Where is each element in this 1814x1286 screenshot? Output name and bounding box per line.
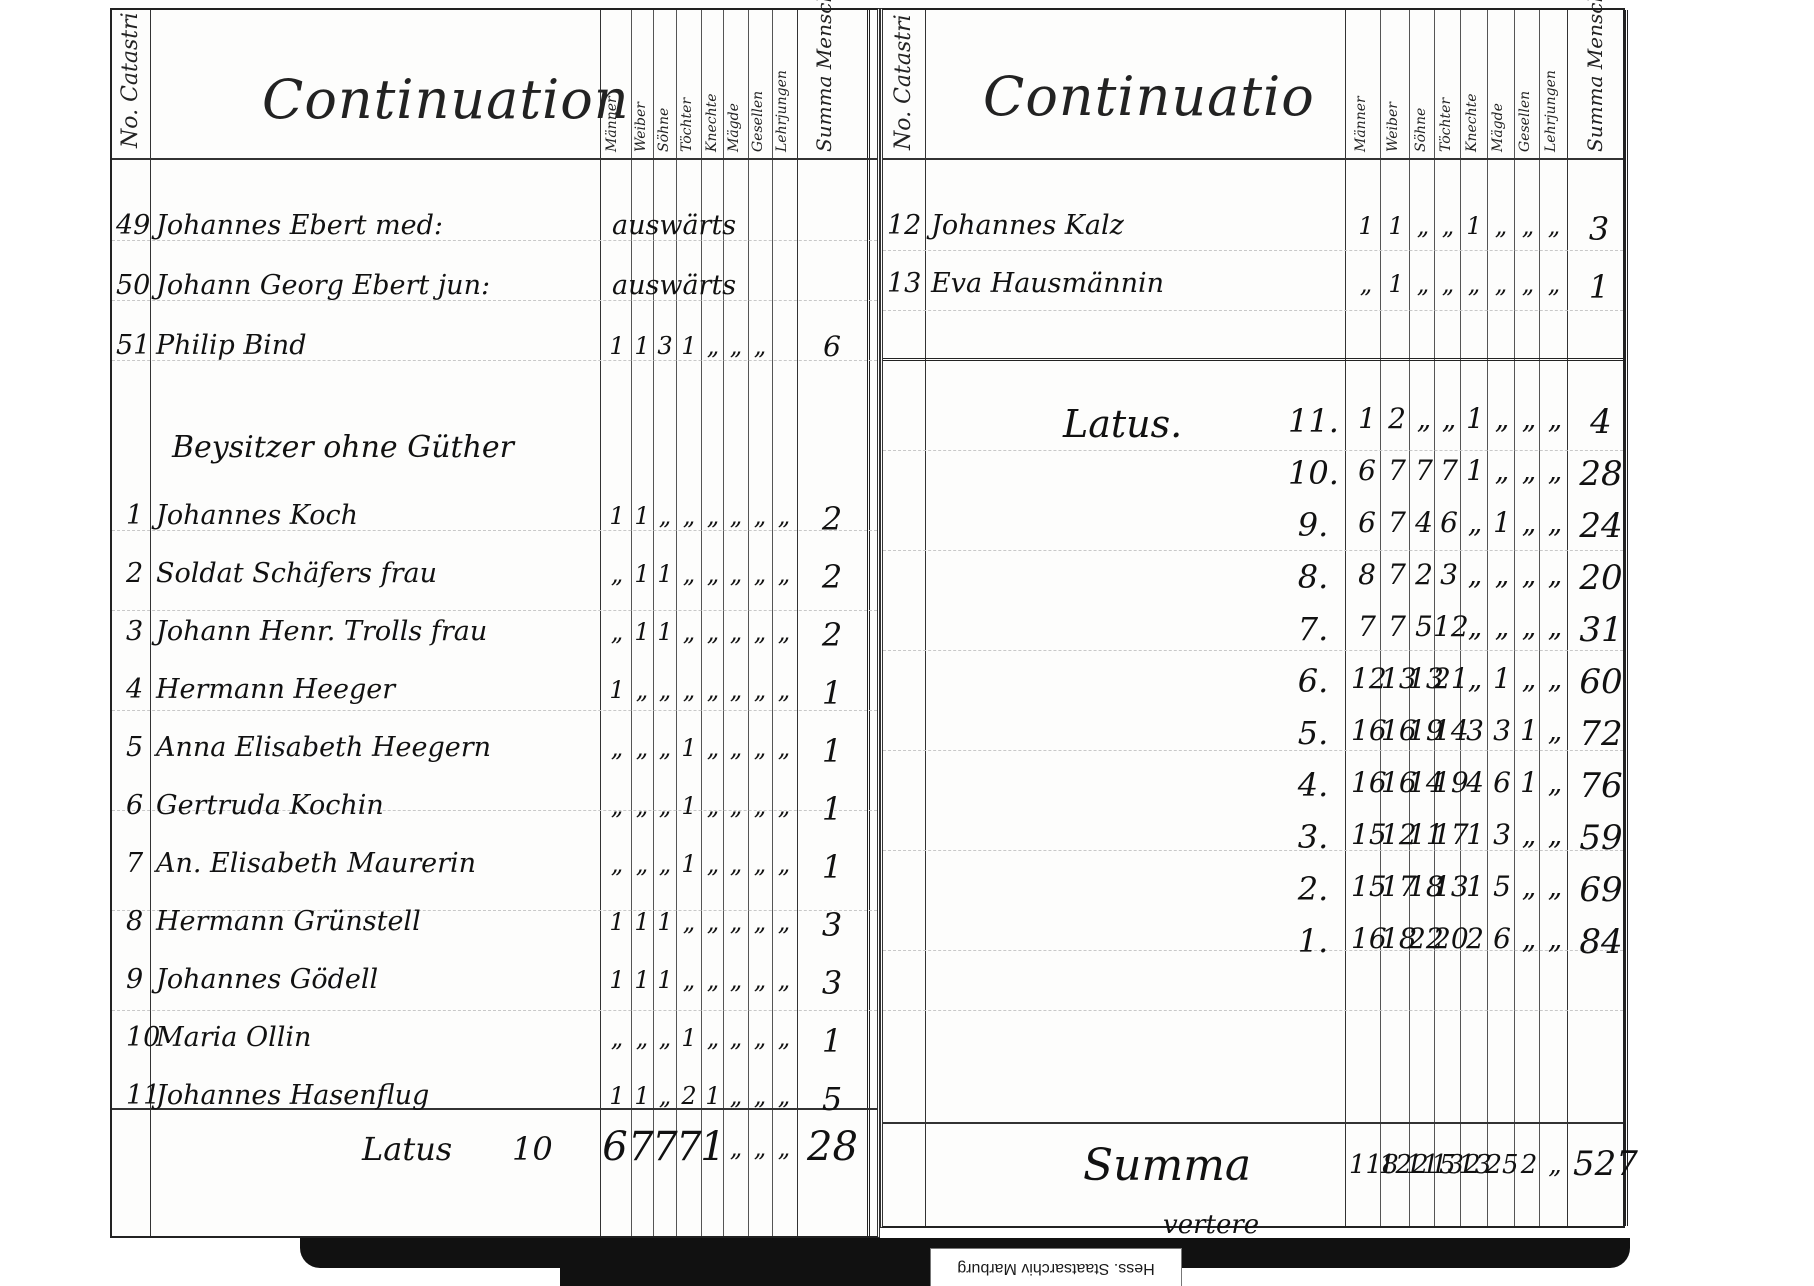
- value-cell: „: [723, 1024, 749, 1052]
- value-cell: „: [771, 850, 797, 878]
- row-total: 3: [1577, 210, 1621, 248]
- value-cell: „: [652, 676, 678, 704]
- latus-total: 72: [1577, 714, 1625, 754]
- latus-total: 20: [1577, 558, 1625, 598]
- latus-page-number: 4.: [1288, 766, 1338, 804]
- latus-total: 31: [1577, 610, 1625, 650]
- value-cell: „: [723, 792, 749, 820]
- value-cell: „: [676, 908, 702, 936]
- row-total: 1: [812, 1022, 852, 1060]
- summa-total: 527: [1573, 1144, 1627, 1184]
- value-cell: „: [723, 502, 749, 530]
- value-cell: 1: [676, 850, 702, 878]
- row-name: Johannes Koch: [156, 500, 358, 531]
- value-cell: „: [652, 792, 678, 820]
- column-header: Söhne: [1413, 108, 1429, 152]
- row-total: 1: [1577, 268, 1621, 306]
- value-cell: „: [1539, 558, 1571, 591]
- value-cell: 1: [1383, 212, 1409, 240]
- column-divider: [600, 10, 601, 1236]
- row-number: 12: [887, 210, 921, 241]
- header-rule: [112, 158, 877, 160]
- column-header: Männer: [1353, 96, 1369, 152]
- value-cell: „: [1410, 270, 1436, 298]
- value-cell: „: [771, 966, 797, 994]
- row-total: 5: [812, 1080, 852, 1118]
- row-total: 1: [812, 732, 852, 770]
- row-name: Anna Elisabeth Heegern: [156, 732, 491, 763]
- row-name: Maria Ollin: [156, 1022, 311, 1053]
- value-cell: 1: [676, 792, 702, 820]
- row-name: Johannes Hasenflug: [156, 1080, 429, 1111]
- row-total: 3: [812, 964, 852, 1002]
- row-name: Johannes Kalz: [931, 210, 1124, 241]
- row-number: 49: [116, 210, 150, 241]
- value-cell: „: [723, 560, 749, 588]
- value-cell: „: [652, 734, 678, 762]
- value-cell: „: [1539, 506, 1571, 539]
- row-total: 2: [812, 500, 852, 538]
- row-name: An. Elisabeth Maurerin: [156, 848, 476, 879]
- latus-page-number: 9.: [1288, 506, 1338, 544]
- column-header: Gesellen: [750, 91, 766, 152]
- row-name: Hermann Grünstell: [156, 906, 421, 937]
- latus-page-number: 2.: [1288, 870, 1338, 908]
- value-cell: „: [1539, 714, 1571, 747]
- latus-total: 84: [1577, 922, 1625, 962]
- value-cell: „: [747, 850, 773, 878]
- row-name: Johannes Ebert med:: [156, 210, 443, 241]
- row-note: auswärts: [612, 210, 736, 241]
- column-header: Gesellen: [1517, 91, 1533, 152]
- value-cell: „: [1353, 270, 1379, 298]
- value-cell: 7: [1351, 610, 1383, 643]
- row-number: 1: [126, 500, 143, 531]
- page-title: Continuation: [262, 68, 630, 131]
- value-cell: „: [604, 560, 630, 588]
- latus-total: 24: [1577, 506, 1625, 546]
- left-ledger-page: No. Catastri Continuation Männer Weiber …: [110, 8, 880, 1238]
- value-cell: 6: [1351, 454, 1383, 487]
- row-note: auswärts: [612, 270, 736, 301]
- value-cell: „: [747, 618, 773, 646]
- value-cell: „: [771, 502, 797, 530]
- value-cell: 8: [1351, 558, 1383, 591]
- row-total: 1: [812, 790, 852, 828]
- value-cell: 1: [1383, 270, 1409, 298]
- latus-label: Latus.: [1063, 402, 1182, 446]
- value-cell: „: [1515, 270, 1541, 298]
- value-cell: „: [676, 618, 702, 646]
- column-header: Männer: [604, 96, 620, 152]
- value-cell: „: [771, 734, 797, 762]
- value-cell: „: [1539, 870, 1571, 903]
- summa-label: Summa: [1083, 1140, 1251, 1191]
- catastri-number-header: No. Catastri: [118, 12, 143, 148]
- value-cell: „: [652, 850, 678, 878]
- value-cell: „: [1435, 270, 1461, 298]
- row-name: Philip Bind: [156, 330, 306, 361]
- column-header: Söhne: [656, 108, 672, 152]
- value-cell: 12: [1351, 662, 1383, 695]
- row-name: Gertruda Kochin: [156, 790, 384, 821]
- column-header: Weiber: [1385, 102, 1401, 152]
- section-heading: Beysitzer ohne Güther: [172, 430, 514, 465]
- latus-page: 10: [512, 1130, 553, 1168]
- row-total: 6: [812, 330, 852, 363]
- value-cell: „: [747, 792, 773, 820]
- value-cell: 1: [604, 676, 630, 704]
- value-cell: 16: [1351, 922, 1383, 955]
- row-name: Johannes Gödell: [156, 964, 378, 995]
- column-header: Lehrjungen: [774, 70, 790, 152]
- value-cell: „: [1435, 212, 1461, 240]
- latus-total: 28: [1577, 454, 1625, 494]
- column-header: Summa Menschen: [1583, 0, 1607, 152]
- row-number: 2: [126, 558, 143, 589]
- row-number: 13: [887, 268, 921, 299]
- value-cell: „: [1539, 454, 1571, 487]
- row-name: Johann Georg Ebert jun:: [156, 270, 490, 301]
- value-cell: „: [1539, 766, 1571, 799]
- latus-page-number: 7.: [1288, 610, 1338, 648]
- column-header: Mägde: [1490, 103, 1506, 152]
- value-cell: „: [723, 966, 749, 994]
- value-cell: „: [747, 734, 773, 762]
- value-cell: „: [1541, 270, 1567, 298]
- value-cell: „: [676, 966, 702, 994]
- scan-shadow: [560, 1250, 930, 1286]
- value-cell: „: [604, 618, 630, 646]
- row-number: 3: [126, 616, 143, 647]
- catastri-number-header: No. Catastri: [891, 14, 916, 150]
- value-cell: „: [1541, 212, 1567, 240]
- value-cell: 1: [604, 908, 630, 936]
- latus-page-number: 1.: [1288, 922, 1338, 960]
- value-cell: 16: [1351, 766, 1383, 799]
- row-name: Eva Hausmännin: [931, 268, 1164, 299]
- value-cell: 1: [604, 966, 630, 994]
- row-name: Soldat Schäfers frau: [156, 558, 437, 589]
- row-number: 7: [126, 848, 143, 879]
- value-cell: „: [771, 1082, 797, 1110]
- value-cell: „: [1539, 402, 1571, 435]
- row-total: 2: [812, 558, 852, 596]
- value-cell: „: [771, 560, 797, 588]
- latus-page-number: 3.: [1288, 818, 1338, 856]
- value-cell: „: [604, 734, 630, 762]
- value-cell: 1: [1351, 402, 1383, 435]
- latus-label: Latus: [362, 1130, 452, 1168]
- column-header: Knechte: [1464, 93, 1480, 152]
- latus-total: 69: [1577, 870, 1625, 910]
- row-number: 51: [116, 330, 150, 361]
- value-cell: 1: [1353, 212, 1379, 240]
- value-cell: „: [771, 1024, 797, 1052]
- value-cell: „: [676, 560, 702, 588]
- latus-total: 76: [1577, 766, 1625, 806]
- latus-total: 59: [1577, 818, 1625, 858]
- latus-page-number: 11.: [1288, 402, 1338, 440]
- value-cell: 1: [604, 502, 630, 530]
- value-cell: „: [747, 502, 773, 530]
- row-total: 3: [812, 906, 852, 944]
- latus-page-number: 6.: [1288, 662, 1338, 700]
- value-cell: „: [771, 618, 797, 646]
- row-total: 1: [812, 848, 852, 886]
- column-header: Töchter: [679, 98, 695, 152]
- value-cell: „: [723, 850, 749, 878]
- value-cell: „: [771, 792, 797, 820]
- value-cell: 16: [1351, 714, 1383, 747]
- row-total: 2: [812, 616, 852, 654]
- value-cell: 1: [652, 560, 678, 588]
- value-cell: 15: [1351, 818, 1383, 851]
- row-number: 9: [126, 964, 143, 995]
- value-cell: „: [652, 1024, 678, 1052]
- value-cell: „: [747, 1082, 773, 1110]
- value-cell: 1: [652, 908, 678, 936]
- latus-page-number: 8.: [1288, 558, 1338, 596]
- value-cell: 2: [676, 1082, 702, 1110]
- latus-page-number: 10.: [1288, 454, 1338, 492]
- value-cell: 1: [1461, 212, 1487, 240]
- value-cell: „: [652, 1082, 678, 1110]
- value-cell: „: [771, 908, 797, 936]
- value-cell: „: [747, 908, 773, 936]
- latus-total: 4: [1577, 402, 1625, 442]
- value-cell: „: [652, 502, 678, 530]
- value-cell: „: [1488, 212, 1514, 240]
- row-number: 8: [126, 906, 143, 937]
- value-cell: „: [1539, 818, 1571, 851]
- row-number: 6: [126, 790, 143, 821]
- row-number: 4: [126, 674, 143, 705]
- value-cell: 1: [652, 966, 678, 994]
- column-header: Lehrjungen: [1543, 70, 1559, 152]
- value-cell: „: [723, 618, 749, 646]
- value-cell: „: [747, 966, 773, 994]
- value-cell: „: [1539, 662, 1571, 695]
- value-cell: 15: [1351, 870, 1383, 903]
- archive-stamp: Hess. Staatsarchiv Marburg: [930, 1248, 1182, 1286]
- value-cell: 1: [676, 1024, 702, 1052]
- latus-total: 28: [807, 1124, 857, 1170]
- column-header: Summa Menschen: [812, 0, 836, 152]
- value-cell: „: [604, 792, 630, 820]
- column-header: Knechte: [704, 93, 720, 152]
- row-number: 50: [116, 270, 150, 301]
- row-name: Hermann Heeger: [156, 674, 395, 705]
- value-cell: „: [1461, 270, 1487, 298]
- row-name: Johann Henr. Trolls frau: [156, 616, 487, 647]
- value-cell: „: [676, 676, 702, 704]
- value-cell: „: [1488, 270, 1514, 298]
- row-number: 5: [126, 732, 143, 763]
- right-ledger-page: No. Catastri Continuatio Männer Weiber S…: [880, 8, 1625, 1228]
- value-cell: „: [771, 676, 797, 704]
- summa-cell: „: [1537, 1150, 1573, 1180]
- value-cell: „: [723, 676, 749, 704]
- column-header: Mägde: [726, 103, 742, 152]
- value-cell: „: [747, 1024, 773, 1052]
- value-cell: „: [747, 676, 773, 704]
- value-cell: „: [723, 1082, 749, 1110]
- value-cell: 1: [676, 734, 702, 762]
- value-cell: „: [723, 734, 749, 762]
- value-cell: „: [1515, 212, 1541, 240]
- latus-page-number: 5.: [1288, 714, 1338, 752]
- column-header: Weiber: [633, 102, 649, 152]
- vertere-note: vertere: [1163, 1210, 1259, 1240]
- value-cell: „: [723, 908, 749, 936]
- value-cell: „: [676, 502, 702, 530]
- value-cell: 1: [652, 618, 678, 646]
- value-cell: „: [604, 1024, 630, 1052]
- value-cell: „: [1410, 212, 1436, 240]
- latus-total: 60: [1577, 662, 1625, 702]
- value-cell: „: [747, 560, 773, 588]
- value-cell: „: [1539, 610, 1571, 643]
- page-title: Continuatio: [983, 65, 1315, 128]
- column-header: Töchter: [1438, 98, 1454, 152]
- value-cell: „: [604, 850, 630, 878]
- value-cell: 6: [1351, 506, 1383, 539]
- row-total: 1: [812, 674, 852, 712]
- value-cell: „: [1539, 922, 1571, 955]
- value-cell: 1: [604, 1082, 630, 1110]
